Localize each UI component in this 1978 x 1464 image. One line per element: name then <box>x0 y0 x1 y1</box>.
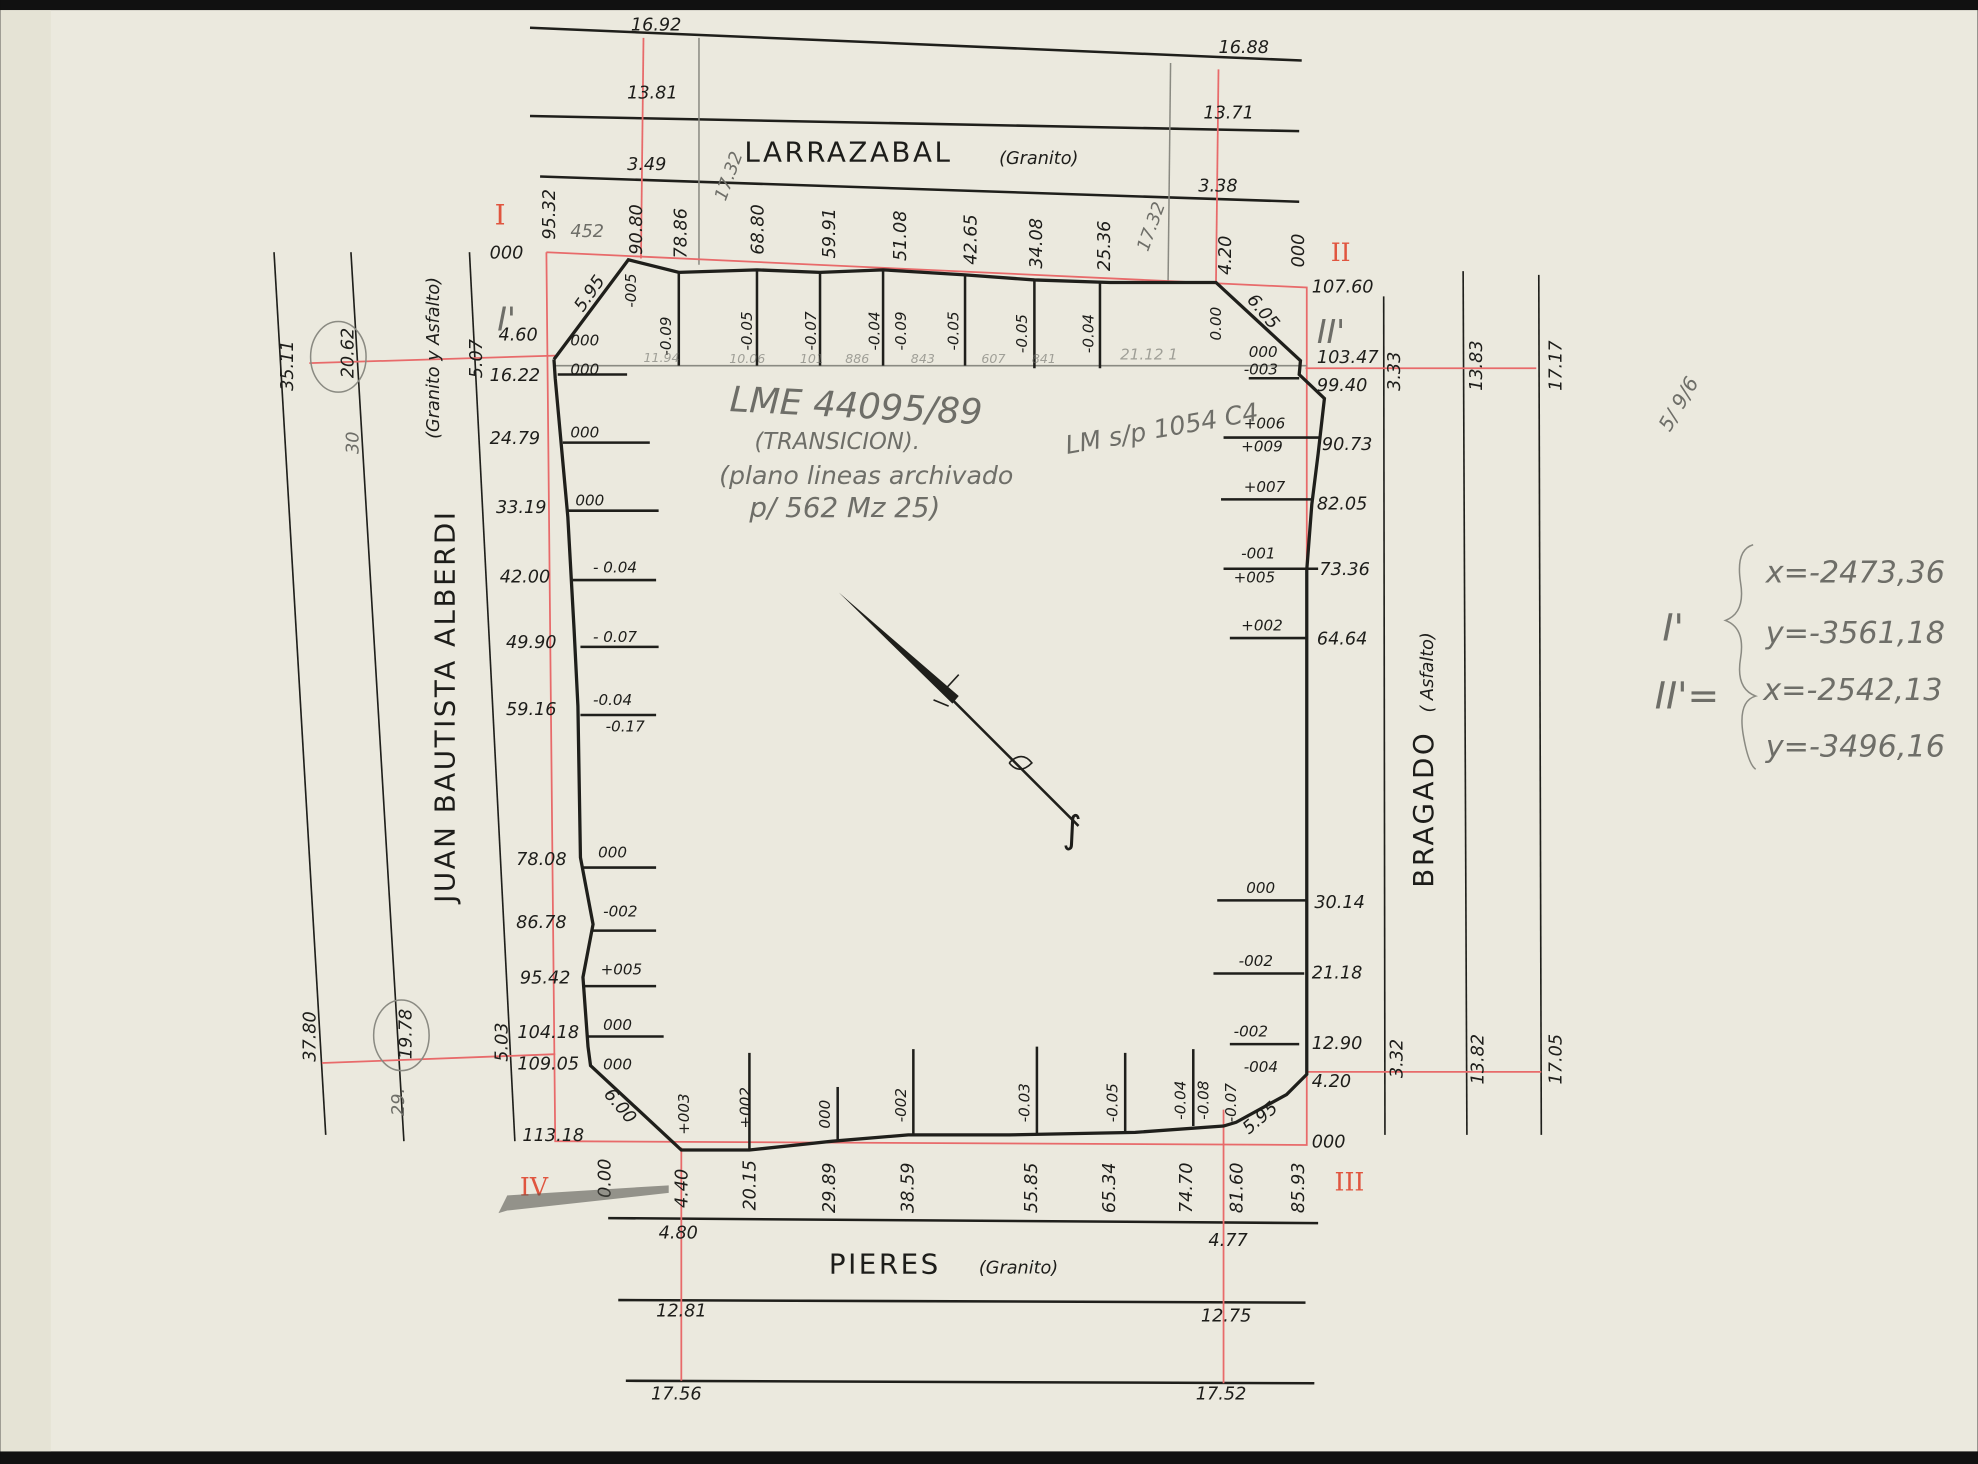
top-dev-2: -0.05 <box>738 311 756 350</box>
left-dev-10: 000 <box>603 1016 632 1034</box>
pieres-offset-left-3: 17.56 <box>651 1385 702 1405</box>
vertex-II-prime-label: II' <box>1317 313 1345 351</box>
larrazabal-offset-left-2: 13.81 <box>627 83 678 103</box>
alberdi-pencil-bottom: 29. <box>389 1088 409 1116</box>
bottom-dev-5: -0.05 <box>1104 1083 1122 1122</box>
top-prog-8: 25.36 <box>1095 221 1115 272</box>
left-prog-11: 109.05 <box>517 1054 579 1074</box>
alberdi-street-name: JUAN BAUTISTA ALBERDI <box>428 510 461 905</box>
right-dev-4: -001 <box>1241 545 1275 563</box>
top-dev-9: 0.00 <box>1207 307 1225 341</box>
left-dev-9: +005 <box>601 961 643 979</box>
bragado-paving: ( Asfalto) <box>1418 632 1438 712</box>
bottom-prog-9: 85.93 <box>1289 1163 1309 1214</box>
faint-note-3: 886 <box>845 351 869 366</box>
left-dev-4: - 0.04 <box>593 558 637 576</box>
left-prog-3: 33.19 <box>496 498 547 518</box>
left-dev-0: 000 <box>570 332 599 350</box>
top-prog-10: 000 <box>1289 234 1309 268</box>
coord-I-prime-x: x=-2473,36 <box>1765 556 1945 591</box>
faint-note-4: 843 <box>911 351 935 366</box>
left-prog-5: 49.90 <box>506 633 557 653</box>
left-prog-2: 24.79 <box>490 429 541 449</box>
top-prog-3: 68.80 <box>748 204 768 255</box>
larrazabal-offset-left-1: 16.92 <box>631 15 682 35</box>
top-prog-1: 90.80 <box>627 204 647 255</box>
coord-II-prime-x: x=-2542,13 <box>1762 673 1942 708</box>
right-prog-10: 000 <box>1312 1132 1346 1152</box>
top-prog-7: 34.08 <box>1027 218 1047 269</box>
bragado-street-name: BRAGADO <box>1407 731 1440 888</box>
paper-background <box>0 10 1977 1451</box>
larrazabal-offset-right-3: 3.38 <box>1198 177 1237 197</box>
top-prog-0: 95.32 <box>540 189 560 240</box>
right-dev-0: 000 <box>1249 343 1278 361</box>
right-dev-9: -004 <box>1244 1058 1278 1076</box>
bragado-offset-bottom-3: 17.05 <box>1546 1034 1566 1085</box>
top-prog-6: 42.65 <box>961 214 981 265</box>
right-dev-7: -002 <box>1239 952 1273 970</box>
top-prog-2: 78.86 <box>671 208 691 259</box>
alberdi-pencil-top: 30 <box>344 432 364 454</box>
left-prog-4: 42.00 <box>500 568 551 588</box>
left-dev-2: 000 <box>570 424 599 442</box>
faint-note-6: 841 <box>1032 351 1056 366</box>
vertex-II-label: II <box>1331 238 1351 267</box>
alberdi-offset-top-3: 5.07 <box>467 338 487 378</box>
left-prog-12: 113.18 <box>522 1126 584 1146</box>
coord-II-prime-y: y=-3496,16 <box>1765 730 1945 765</box>
left-dev-1: 000 <box>570 361 599 379</box>
vertex-I-label: I <box>495 198 506 231</box>
left-prog-9: 95.42 <box>520 969 571 989</box>
left-dev-3: 000 <box>575 492 604 510</box>
faint-note-7: 21.12 1 <box>1120 345 1178 363</box>
bottom-prog-4: 38.59 <box>898 1163 918 1214</box>
right-dev-4b: +005 <box>1234 569 1276 587</box>
alberdi-offset-bottom-1: 37.80 <box>301 1011 321 1062</box>
alberdi-offset-bottom-3: 5.03 <box>492 1022 512 1061</box>
bottom-dev-8: -0.07 <box>1222 1083 1240 1123</box>
right-prog-8: 12.90 <box>1312 1034 1363 1054</box>
bragado-offset-top-1: 3.33 <box>1385 352 1405 391</box>
left-prog-10: 104.18 <box>517 1023 579 1043</box>
pieres-offset-right-1: 4.77 <box>1208 1231 1248 1251</box>
right-dev-2b: +009 <box>1241 437 1283 455</box>
bragado-offset-bottom-2: 13.82 <box>1468 1034 1488 1085</box>
bottom-dev-3: -002 <box>892 1088 910 1122</box>
larrazabal-offset-left-3: 3.49 <box>627 155 666 175</box>
bottom-dev-6: -0.04 <box>1172 1081 1190 1120</box>
left-dev-6: -0.04 <box>593 691 632 709</box>
faint-note-2: 101 <box>800 351 824 366</box>
right-dev-5: +002 <box>1241 616 1283 634</box>
alberdi-offset-top-2: 20.62 <box>338 328 358 379</box>
survey-sheet: 16.92 13.81 3.49 16.88 13.71 3.38 17.32 … <box>0 0 1978 1464</box>
top-dev-6: -0.05 <box>945 311 963 350</box>
right-dev-8: -002 <box>1234 1023 1268 1041</box>
left-prog-6: 59.16 <box>506 700 557 720</box>
top-dev-7: -0.05 <box>1013 314 1031 353</box>
bottom-prog-7: 74.70 <box>1177 1163 1197 1214</box>
faint-note-5: 607 <box>981 351 1005 366</box>
plan-note-line-1: (plano lineas archivado <box>719 461 1013 490</box>
bottom-dev-2: 000 <box>816 1100 834 1129</box>
pieres-street-name: PIERES <box>829 1248 941 1281</box>
left-prog-7: 78.08 <box>516 850 567 870</box>
left-dev-5: - 0.07 <box>593 628 637 646</box>
left-prog-0: 4.60 <box>498 325 537 345</box>
bottom-prog-6: 65.34 <box>1100 1163 1120 1214</box>
pieres-offset-right-3: 17.52 <box>1196 1385 1247 1405</box>
faint-note-0: 11.94 <box>643 350 679 365</box>
faint-note-1: 10.06 <box>729 351 765 366</box>
larrazabal-offset-right-1: 16.88 <box>1218 38 1269 58</box>
alberdi-paving: (Granito y Asfalto) <box>424 277 444 439</box>
right-prog-2: 90.73 <box>1322 435 1373 455</box>
top-prog-5: 51.08 <box>891 211 911 262</box>
top-dev-3: -0.07 <box>802 311 820 351</box>
top-dev-8: -0.04 <box>1080 314 1098 353</box>
bottom-dev-0: +003 <box>675 1093 693 1135</box>
coord-II-prime-label: II'= <box>1655 674 1719 718</box>
pieres-offset-right-2: 12.75 <box>1201 1307 1252 1327</box>
left-prog-1: 16.22 <box>490 366 541 386</box>
pieres-offset-left-1: 4.80 <box>659 1223 698 1243</box>
right-dev-3: +007 <box>1244 478 1286 496</box>
top-corner-zero: 000 <box>490 244 524 264</box>
alberdi-offset-top-1: 35.11 <box>278 340 298 391</box>
plan-note-line-2: p/ 562 Mz 25) <box>748 491 940 524</box>
larrazabal-street-name: LARRAZABAL <box>744 135 952 168</box>
bottom-prog-8: 81.60 <box>1227 1163 1247 1214</box>
top-prog-4: 59.91 <box>820 208 840 259</box>
bottom-dev-4: -0.03 <box>1015 1083 1033 1122</box>
top-dev-5: -0.09 <box>892 311 910 350</box>
right-prog-9: 4.20 <box>1312 1072 1351 1092</box>
bottom-prog-5: 55.85 <box>1022 1163 1042 1214</box>
right-prog-5: 64.64 <box>1317 629 1368 649</box>
bottom-dev-1: +002 <box>737 1087 755 1129</box>
coord-I-prime-y: y=-3561,18 <box>1765 616 1945 651</box>
top-dev-0: -005 <box>622 273 640 307</box>
transition-note: (TRANSICION). <box>754 429 919 455</box>
larrazabal-offset-right-2: 13.71 <box>1203 104 1254 124</box>
coord-I-prime-label: I' <box>1662 606 1684 650</box>
right-prog-1: 99.40 <box>1317 376 1368 396</box>
left-dev-8: -002 <box>603 903 637 921</box>
north-arrow-s-glyph: ∫ <box>1062 807 1082 851</box>
vertex-III-label: III <box>1335 1167 1365 1196</box>
bragado-offset-top-2: 13.83 <box>1467 340 1487 391</box>
right-dev-6: 000 <box>1246 879 1275 897</box>
right-prog-3: 82.05 <box>1317 494 1368 514</box>
top-prog-9: 4.20 <box>1216 236 1236 275</box>
bragado-offset-bottom-1: 3.32 <box>1388 1039 1408 1078</box>
pieres-paving: (Granito) <box>979 1259 1058 1279</box>
top-dev-4: -0.04 <box>865 311 883 350</box>
bottom-prog-2: 20.15 <box>741 1160 761 1211</box>
top-corner-right-value: 107.60 <box>1312 278 1374 298</box>
bottom-dev-7: -0.08 <box>1194 1081 1212 1120</box>
right-dev-1: -003 <box>1244 361 1278 379</box>
right-prog-4: 73.36 <box>1319 560 1370 580</box>
right-prog-7: 21.18 <box>1312 964 1363 984</box>
left-dev-11: 000 <box>603 1055 632 1073</box>
left-dev-7: 000 <box>598 843 627 861</box>
left-dev-6b: -0.17 <box>606 717 646 735</box>
left-prog-8: 86.78 <box>516 913 567 933</box>
bottom-prog-1: 4.40 <box>673 1169 693 1208</box>
right-prog-6: 30.14 <box>1314 893 1365 913</box>
bragado-offset-top-3: 17.17 <box>1546 340 1566 391</box>
right-prog-0: 103.47 <box>1317 348 1380 368</box>
survey-drawing: 16.92 13.81 3.49 16.88 13.71 3.38 17.32 … <box>0 0 1978 1464</box>
pieres-offset-left-2: 12.81 <box>656 1301 707 1321</box>
bottom-prog-3: 29.89 <box>820 1163 840 1214</box>
larrazabal-paving: (Granito) <box>999 149 1078 169</box>
top-pencil-note: 452 <box>570 222 604 242</box>
alberdi-offset-bottom-2: 19.78 <box>396 1009 416 1060</box>
